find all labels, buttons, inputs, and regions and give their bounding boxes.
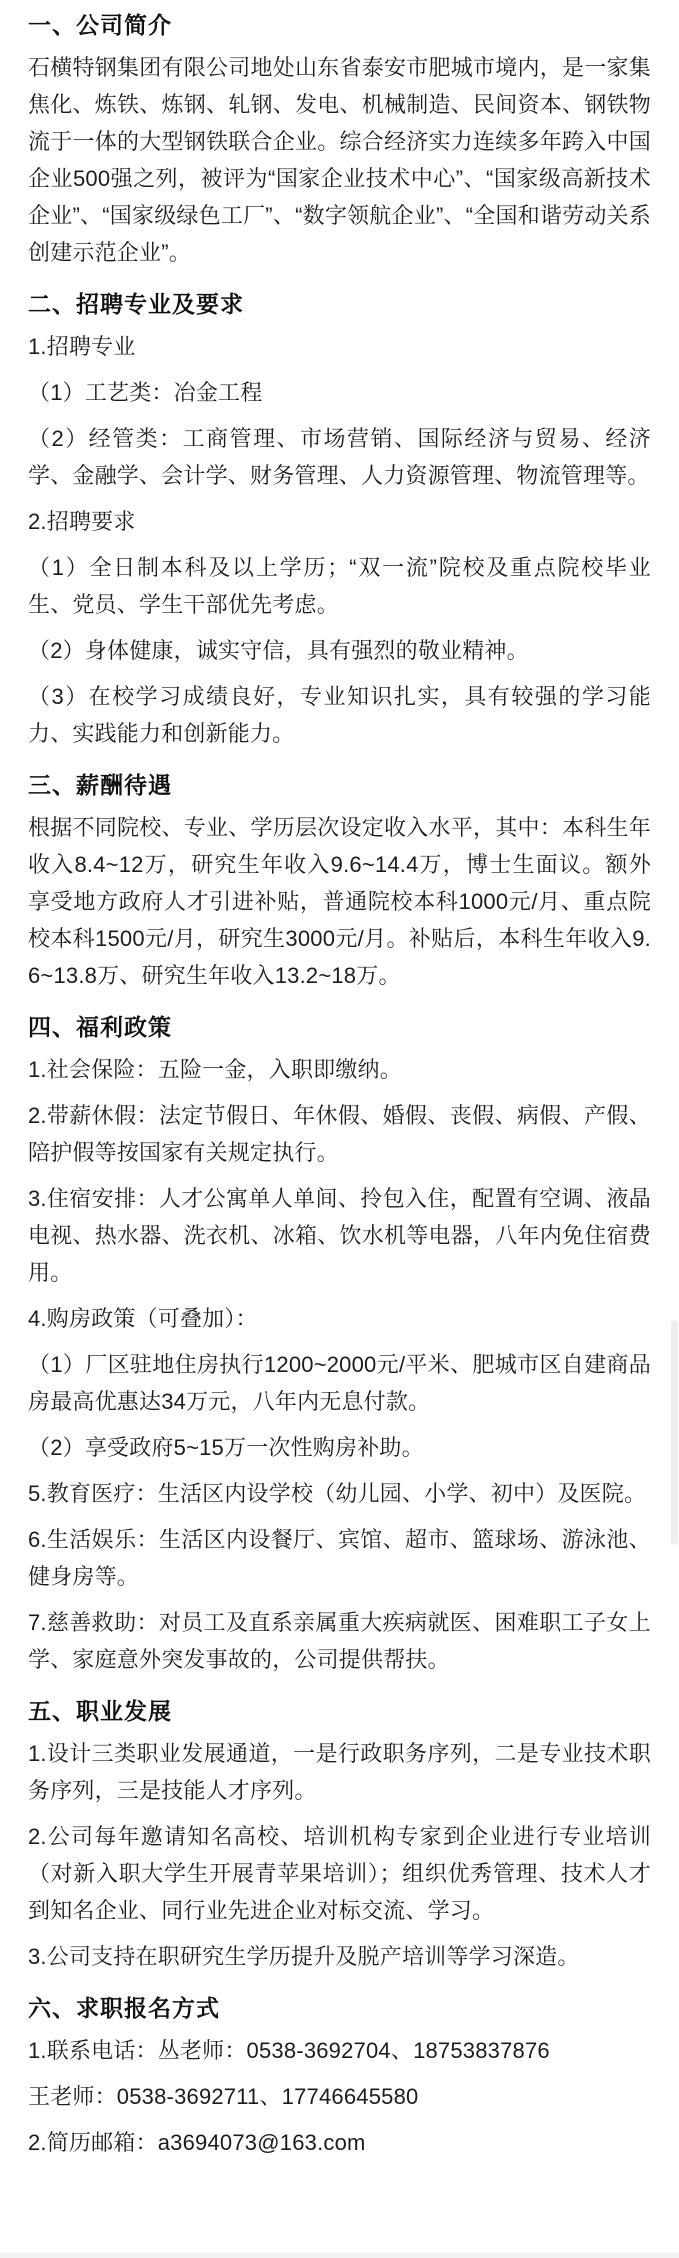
paragraph-career-further-study: 3.公司支持在职研究生学历提升及脱产培训等学习深造。 (28, 1938, 651, 1975)
paragraph-welfare-house-policy-1: （1）厂区驻地住房执行1200~2000元/平米、肥城市区自建商品房最高优惠达3… (28, 1346, 651, 1420)
paragraph-welfare-charity: 7.慈善救助：对员工及直系亲属重大疾病就医、困难职工子女上学、家庭意外突发事故的… (28, 1604, 651, 1678)
paragraph-contact-phone-2: 王老师：0538-3692711、17746645580 (28, 2078, 651, 2115)
paragraph-welfare-insurance: 1.社会保险：五险一金，入职即缴纳。 (28, 1051, 651, 1088)
paragraph-requirement-2: （2）身体健康，诚实守信，具有强烈的敬业精神。 (28, 632, 651, 669)
paragraph-salary: 根据不同院校、专业、学历层次设定收入水平，其中：本科生年收入8.4~12万，研究… (28, 809, 651, 994)
section-recruitment-majors: 二、招聘专业及要求 1.招聘专业 （1）工艺类：冶金工程 （2）经管类：工商管理… (28, 289, 651, 752)
paragraph-welfare-house-policy-title: 4.购房政策（可叠加）： (28, 1300, 651, 1337)
bottom-edge-strip (0, 2253, 679, 2258)
scrollbar-thumb[interactable] (671, 1320, 678, 1545)
paragraph-majors-management: （2）经管类：工商管理、市场营销、国际经济与贸易、经济学、金融学、会计学、财务管… (28, 420, 651, 494)
section-heading-career-development: 五、职业发展 (28, 1696, 651, 1726)
section-salary: 三、薪酬待遇 根据不同院校、专业、学历层次设定收入水平，其中：本科生年收入8.4… (28, 770, 651, 994)
paragraph-welfare-house-policy-2: （2）享受政府5~15万一次性购房补助。 (28, 1429, 651, 1466)
paragraph-requirements-title: 2.招聘要求 (28, 503, 651, 540)
paragraph-welfare-education-medical: 5.教育医疗：生活区内设学校（幼儿园、小学、初中）及医院。 (28, 1475, 651, 1512)
section-heading-application: 六、求职报名方式 (28, 1993, 651, 2023)
paragraph-welfare-life-entertainment: 6.生活娱乐：生活区内设餐厅、宾馆、超市、篮球场、游泳池、健身房等。 (28, 1521, 651, 1595)
section-application: 六、求职报名方式 1.联系电话：丛老师：0538-3692704、1875383… (28, 1993, 651, 2161)
paragraph-contact-phone-1: 1.联系电话：丛老师：0538-3692704、18753837876 (28, 2032, 651, 2069)
section-heading-recruitment-majors: 二、招聘专业及要求 (28, 289, 651, 319)
paragraph-requirement-1: （1）全日制本科及以上学历；“双一流”院校及重点院校毕业生、党员、学生干部优先考… (28, 549, 651, 623)
paragraph-majors-title: 1.招聘专业 (28, 328, 651, 365)
section-welfare: 四、福利政策 1.社会保险：五险一金，入职即缴纳。 2.带薪休假：法定节假日、年… (28, 1012, 651, 1678)
section-heading-company-intro: 一、公司简介 (28, 10, 651, 40)
paragraph-resume-email: 2.简历邮箱：a3694073@163.com (28, 2124, 651, 2161)
paragraph-requirement-3: （3）在校学习成绩良好，专业知识扎实，具有较强的学习能力、实践能力和创新能力。 (28, 678, 651, 752)
paragraph-welfare-paid-leave: 2.带薪休假：法定节假日、年休假、婚假、丧假、病假、产假、陪护假等按国家有关规定… (28, 1097, 651, 1171)
paragraph-welfare-housing-arrangement: 3.住宿安排：人才公寓单人单间、拎包入住，配置有空调、液晶电视、热水器、洗衣机、… (28, 1180, 651, 1291)
section-heading-welfare: 四、福利政策 (28, 1012, 651, 1042)
paragraph-career-training: 2.公司每年邀请知名高校、培训机构专家到企业进行专业培训（对新入职大学生开展青苹… (28, 1818, 651, 1929)
paragraph-majors-craft: （1）工艺类：冶金工程 (28, 374, 651, 411)
paragraph-career-channels: 1.设计三类职业发展通道，一是行政职务序列，二是专业技术职务序列，三是技能人才序… (28, 1735, 651, 1809)
section-career-development: 五、职业发展 1.设计三类职业发展通道，一是行政职务序列，二是专业技术职务序列，… (28, 1696, 651, 1975)
paragraph-company-intro: 石横特钢集团有限公司地处山东省泰安市肥城市境内，是一家集焦化、炼铁、炼钢、轧钢、… (28, 49, 651, 271)
section-heading-salary: 三、薪酬待遇 (28, 770, 651, 800)
recruitment-notice-page: 一、公司简介 石横特钢集团有限公司地处山东省泰安市肥城市境内，是一家集焦化、炼铁… (0, 0, 679, 2258)
section-company-intro: 一、公司简介 石横特钢集团有限公司地处山东省泰安市肥城市境内，是一家集焦化、炼铁… (28, 10, 651, 271)
